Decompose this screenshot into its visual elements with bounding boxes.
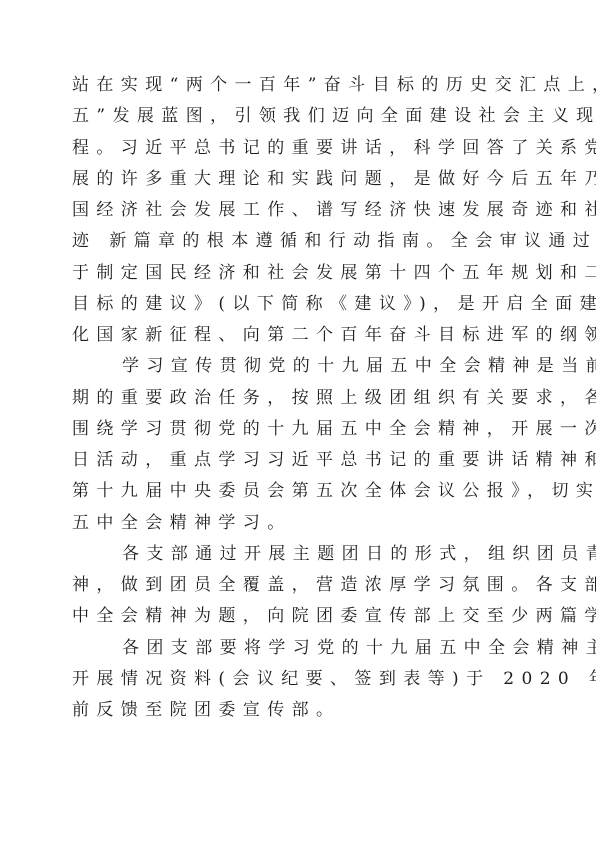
paragraph-2: 学习宣传贯彻党的十九届五中全会精神是当前和今后一个时 期的重要政治任务，按照上级… <box>72 351 524 539</box>
text-line: 学习宣传贯彻党的十九届五中全会精神是当前和今后一个时 <box>72 351 524 382</box>
text-line: 五”发展蓝图，引领我们迈向全面建设社会主义现代化国家新征 <box>72 101 524 132</box>
text-line: 程。习近平总书记的重要讲话，科学回答了关系党和国家事业发 <box>72 133 524 164</box>
text-line: 五中全会精神学习。 <box>72 508 524 539</box>
text-line: 各团支部要将学习党的十九届五中全会精神主题团日活动的 <box>72 633 524 664</box>
text-line: 前反馈至院团委宣传部。 <box>72 695 524 726</box>
text-line: 站在实现“两个一百年”奋斗目标的历史交汇点上，擘画“十四 <box>72 70 524 101</box>
text-line: 目标的建议》(以下简称《建议》)，是开启全面建设社会主义现代 <box>72 289 524 320</box>
text-line: 开展情况资料(会议纪要、签到表等)于 2020 年 11 月 27 日之 <box>72 664 524 695</box>
text-line: 各支部通过开展主题团日的形式，组织团员青年学习全会精 <box>72 539 524 570</box>
text-line: 期的重要政治任务，按照上级团组织有关要求，各团支部近期要 <box>72 383 524 414</box>
text-line: 中全会精神为题，向院团委宣传部上交至少两篇学习心得。 <box>72 601 524 632</box>
paragraph-1: 站在实现“两个一百年”奋斗目标的历史交汇点上，擘画“十四 五”发展蓝图，引领我们… <box>72 70 524 351</box>
text-line: 围绕学习贯彻党的十九届五中全会精神，开展一次团支部主题团 <box>72 414 524 445</box>
document-page: 站在实现“两个一百年”奋斗目标的历史交汇点上，擘画“十四 五”发展蓝图，引领我们… <box>72 70 524 726</box>
text-line: 展的许多重大理论和实践问题，是做好今后五年乃至更长时期我 <box>72 164 524 195</box>
text-line: 迹 新篇章的根本遵循和行动指南。全会审议通过的《中共中央关 <box>72 226 524 257</box>
text-line: 日活动，重点学习习近平总书记的重要讲话精神和《中国共产党 <box>72 445 524 476</box>
text-line: 第十九届中央委员会第五次全体会议公报》，切实抓好党的十九届 <box>72 476 524 507</box>
text-line: 神，做到团员全覆盖，营造浓厚学习氛围。各支部需以十九届五 <box>72 570 524 601</box>
paragraph-4: 各团支部要将学习党的十九届五中全会精神主题团日活动的 开展情况资料(会议纪要、签… <box>72 633 524 727</box>
text-line: 化国家新征程、向第二个百年奋斗目标进军的纲领性文件。 <box>72 320 524 351</box>
paragraph-3: 各支部通过开展主题团日的形式，组织团员青年学习全会精 神，做到团员全覆盖，营造浓… <box>72 539 524 633</box>
text-line: 于制定国民经济和社会发展第十四个五年规划和二〇三五年远景 <box>72 258 524 289</box>
text-line: 国经济社会发展工作、谱写经济快速发展奇迹和社会长期稳定奇 <box>72 195 524 226</box>
